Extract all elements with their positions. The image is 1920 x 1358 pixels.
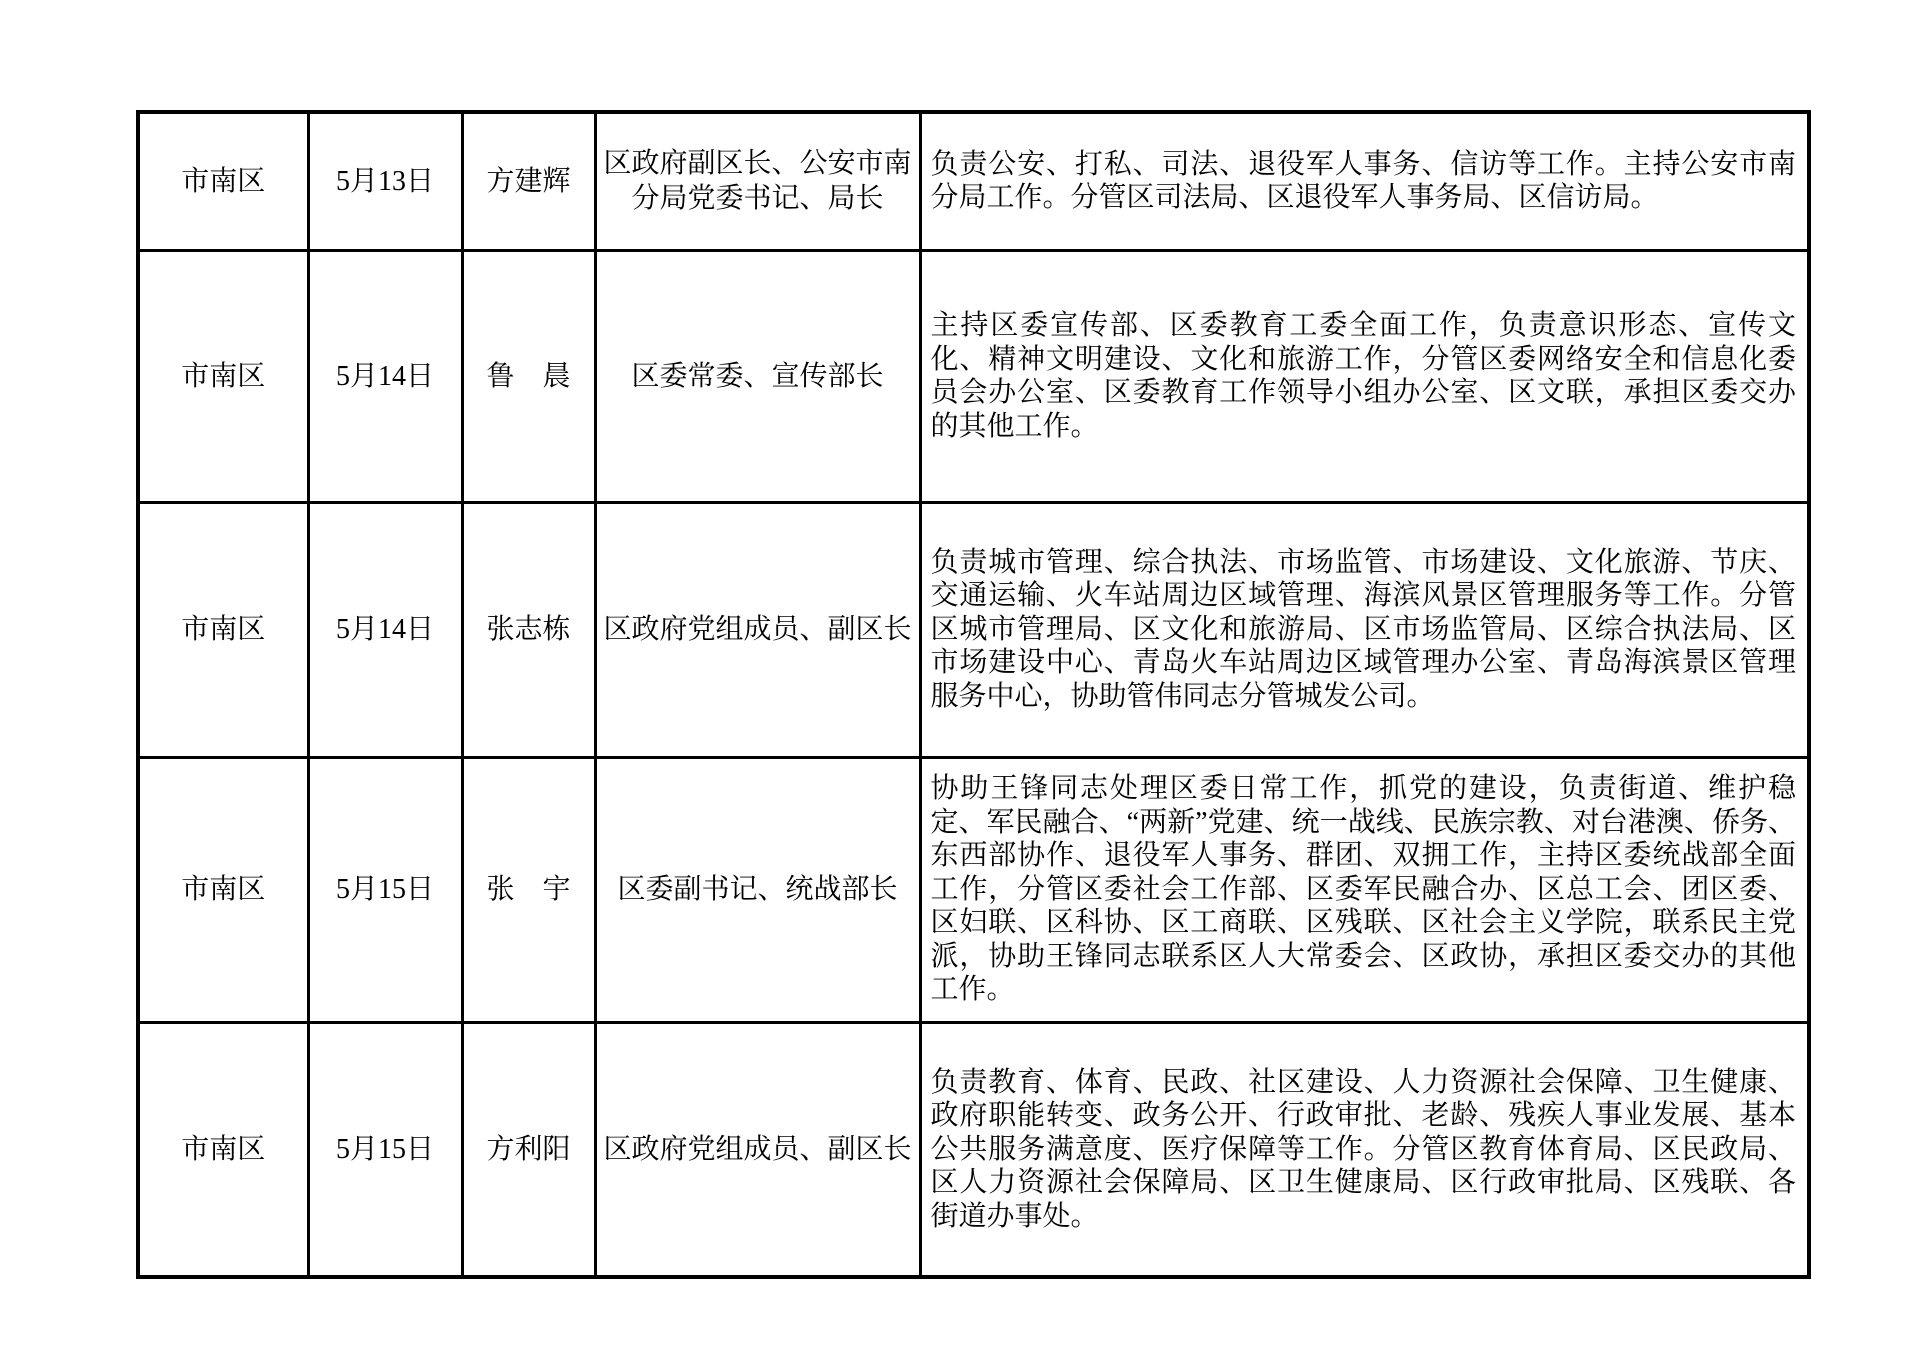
cell-district: 市南区 <box>138 502 308 757</box>
cell-name: 张志栋 <box>462 502 595 757</box>
cell-position: 区委副书记、统战部长 <box>595 757 920 1022</box>
cell-name: 鲁 晨 <box>462 250 595 502</box>
cell-duties: 协助王锋同志处理区委日常工作，抓党的建设，负责街道、维护稳定、军民融合、“两新”… <box>920 757 1809 1022</box>
cell-duties: 主持区委宣传部、区委教育工委全面工作，负责意识形态、宣传文化、精神文明建设、文化… <box>920 250 1809 502</box>
cell-date: 5月14日 <box>308 502 462 757</box>
cell-date: 5月15日 <box>308 757 462 1022</box>
table-row: 市南区 5月14日 张志栋 区政府党组成员、副区长 负责城市管理、综合执法、市场… <box>138 502 1809 757</box>
cell-position: 区政府党组成员、副区长 <box>595 502 920 757</box>
cell-name: 张 宇 <box>462 757 595 1022</box>
duty-roster-table: 市南区 5月13日 方建辉 区政府副区长、公安市南分局党委书记、局长 负责公安、… <box>136 110 1811 1279</box>
cell-date: 5月15日 <box>308 1022 462 1277</box>
cell-date: 5月14日 <box>308 250 462 502</box>
cell-duties: 负责教育、体育、民政、社区建设、人力资源社会保障、卫生健康、政府职能转变、政务公… <box>920 1022 1809 1277</box>
table-row: 市南区 5月15日 张 宇 区委副书记、统战部长 协助王锋同志处理区委日常工作，… <box>138 757 1809 1022</box>
cell-position: 区政府党组成员、副区长 <box>595 1022 920 1277</box>
cell-district: 市南区 <box>138 250 308 502</box>
document-page: 市南区 5月13日 方建辉 区政府副区长、公安市南分局党委书记、局长 负责公安、… <box>0 0 1920 1358</box>
cell-name: 方利阳 <box>462 1022 595 1277</box>
table-row: 市南区 5月13日 方建辉 区政府副区长、公安市南分局党委书记、局长 负责公安、… <box>138 112 1809 250</box>
cell-duties: 负责公安、打私、司法、退役军人事务、信访等工作。主持公安市南分局工作。分管区司法… <box>920 112 1809 250</box>
cell-district: 市南区 <box>138 1022 308 1277</box>
cell-duties: 负责城市管理、综合执法、市场监管、市场建设、文化旅游、节庆、交通运输、火车站周边… <box>920 502 1809 757</box>
cell-date: 5月13日 <box>308 112 462 250</box>
cell-position: 区委常委、宣传部长 <box>595 250 920 502</box>
table-row: 市南区 5月15日 方利阳 区政府党组成员、副区长 负责教育、体育、民政、社区建… <box>138 1022 1809 1277</box>
table-row: 市南区 5月14日 鲁 晨 区委常委、宣传部长 主持区委宣传部、区委教育工委全面… <box>138 250 1809 502</box>
cell-district: 市南区 <box>138 112 308 250</box>
cell-name: 方建辉 <box>462 112 595 250</box>
cell-position: 区政府副区长、公安市南分局党委书记、局长 <box>595 112 920 250</box>
cell-district: 市南区 <box>138 757 308 1022</box>
